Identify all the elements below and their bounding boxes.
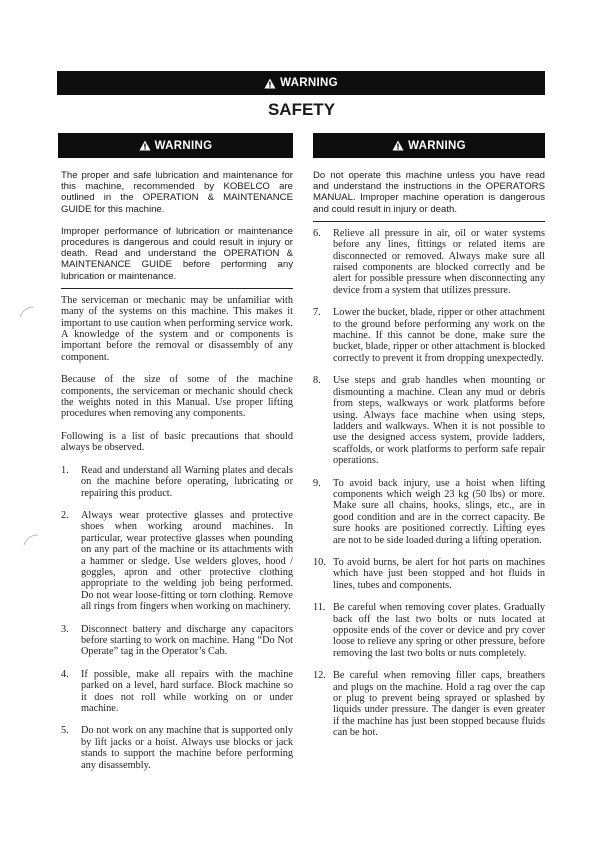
precaution-item: 7. Lower the bucket, blade, ripper or ot… (313, 307, 545, 364)
warning-triangle-icon (139, 140, 151, 151)
precaution-item: 12. Be careful when removing filler caps… (313, 670, 545, 738)
precaution-item: 2. Always wear protective glasses and pr… (61, 510, 293, 613)
warning-banner-label: WARNING (408, 140, 466, 152)
item-number: 1. (61, 465, 81, 499)
item-text: Always wear protective glasses and prote… (81, 510, 293, 613)
item-text: Relieve all pressure in air, oil or wate… (333, 228, 545, 296)
precaution-item: 10. To avoid burns, be alert for hot par… (313, 557, 545, 591)
page-title: SAFETY (0, 100, 603, 120)
precaution-item: 3. Disconnect battery and discharge any … (61, 624, 293, 658)
scan-artifact-mark (22, 533, 42, 547)
item-number: 7. (313, 307, 333, 364)
warning-paragraph: Improper performance of lubrication or m… (61, 226, 293, 282)
item-text: Read and understand all Warning plates a… (81, 465, 293, 499)
item-text: Do not work on any machine that is suppo… (81, 725, 293, 771)
precaution-item: 6. Relieve all pressure in air, oil or w… (313, 228, 545, 296)
item-number: 12. (313, 670, 333, 738)
warning-triangle-icon (392, 140, 404, 151)
precaution-item: 9. To avoid back injury, use a hoist whe… (313, 478, 545, 546)
precaution-item: 5. Do not work on any machine that is su… (61, 725, 293, 771)
right-column: Do not operate this machine unless you h… (313, 170, 545, 739)
scan-artifact-mark (18, 305, 38, 319)
section-divider (61, 288, 293, 289)
warning-triangle-icon (264, 78, 276, 89)
warning-banner-top: WARNING (57, 71, 545, 95)
item-number: 8. (313, 375, 333, 466)
item-number: 9. (313, 478, 333, 546)
item-number: 5. (61, 725, 81, 771)
precaution-item: 8. Use steps and grab handles when mount… (313, 375, 545, 466)
item-number: 10. (313, 557, 333, 591)
precaution-item: 1. Read and understand all Warning plate… (61, 465, 293, 499)
section-divider (313, 221, 545, 222)
body-paragraph: The serviceman or mechanic may be unfami… (61, 295, 293, 363)
item-number: 2. (61, 510, 81, 613)
item-text: Disconnect battery and discharge any cap… (81, 624, 293, 658)
warning-banner-label: WARNING (155, 140, 213, 152)
item-text: Be careful when removing cover plates. G… (333, 602, 545, 659)
item-text: To avoid back injury, use a hoist when l… (333, 478, 545, 546)
warning-banner-label: WARNING (280, 77, 338, 89)
item-number: 3. (61, 624, 81, 658)
warning-banner-left: WARNING (58, 133, 293, 158)
precaution-item: 11. Be careful when removing cover plate… (313, 602, 545, 659)
item-number: 11. (313, 602, 333, 659)
body-paragraph: Following is a list of basic precautions… (61, 431, 293, 454)
precaution-item: 4. If possible, make all repairs with th… (61, 669, 293, 715)
item-text: If possible, make all repairs with the m… (81, 669, 293, 715)
item-number: 6. (313, 228, 333, 296)
item-number: 4. (61, 669, 81, 715)
warning-paragraph: Do not operate this machine unless you h… (313, 170, 545, 215)
item-text: Lower the bucket, blade, ripper or other… (333, 307, 545, 364)
item-text: Be careful when removing filler caps, br… (333, 670, 545, 738)
item-text: To avoid burns, be alert for hot parts o… (333, 557, 545, 591)
warning-banner-right: WARNING (313, 133, 545, 158)
left-column: The proper and safe lubrication and main… (61, 170, 293, 771)
warning-paragraph: The proper and safe lubrication and main… (61, 170, 293, 215)
body-paragraph: Because of the size of some of the machi… (61, 374, 293, 420)
item-text: Use steps and grab handles when mounting… (333, 375, 545, 466)
